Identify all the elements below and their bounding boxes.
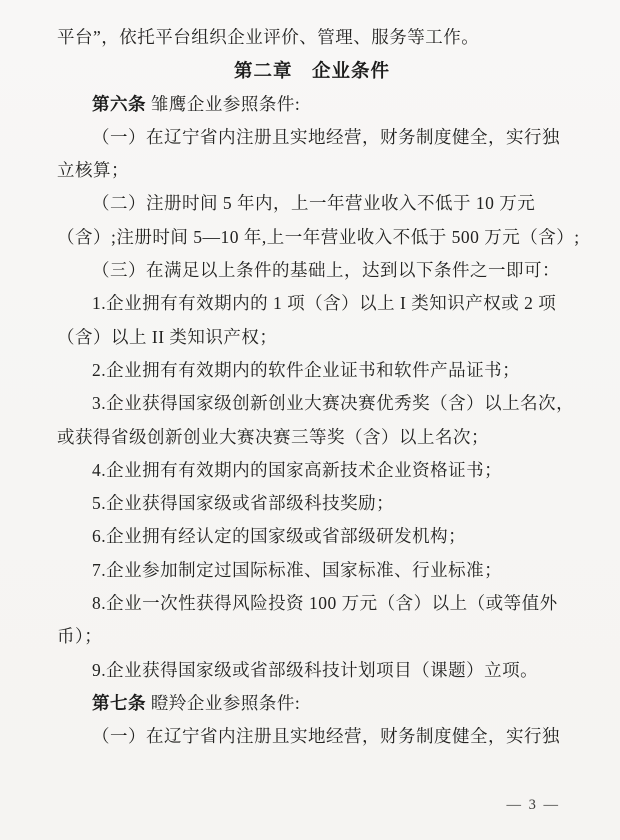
text-line: 第七条 瞪羚企业参照条件:	[57, 687, 567, 720]
text-line: （一）在辽宁省内注册且实地经营，财务制度健全，实行独	[57, 720, 567, 753]
text-line: 币）；	[57, 620, 567, 653]
text-segment: （三）在满足以上条件的基础上，达到以下条件之一即可：	[92, 260, 560, 280]
text-line: （二）注册时间 5 年内，上一年营业收入不低于 10 万元	[57, 187, 567, 220]
text-segment: 第二章 企业条件	[234, 60, 390, 81]
text-segment: 3.企业获得国家级创新创业大赛决赛优秀奖（含）以上名次，	[92, 393, 574, 413]
text-line: 或获得省级创新创业大赛决赛三等奖（含）以上名次；	[57, 421, 567, 454]
text-segment: 8.企业一次性获得风险投资 100 万元（含）以上（或等值外	[92, 593, 558, 613]
text-line: （含）以上 II 类知识产权；	[57, 321, 567, 354]
text-segment: 9.企业获得国家级或省部级科技计划项目（课题）立项。	[92, 660, 538, 680]
text-line: 平台”，依托平台组织企业评价、管理、服务等工作。	[57, 21, 567, 54]
text-segment: 1.企业拥有有效期内的 1 项（含）以上 I 类知识产权或 2 项	[92, 293, 556, 313]
text-segment: （含）;注册时间 5—10 年,上一年营业收入不低于 500 万元（含）;	[57, 227, 580, 247]
text-segment: 雏鹰企业参照条件:	[146, 94, 300, 114]
text-line: （一）在辽宁省内注册且实地经营，财务制度健全，实行独	[57, 121, 567, 154]
chapter-heading: 第二章 企业条件	[57, 54, 567, 87]
text-segment: 第七条	[92, 693, 146, 713]
text-segment: （一）在辽宁省内注册且实地经营，财务制度健全，实行独	[92, 127, 560, 147]
text-segment: 瞪羚企业参照条件:	[146, 693, 300, 713]
text-line: 3.企业获得国家级创新创业大赛决赛优秀奖（含）以上名次，	[57, 387, 567, 420]
text-line: 8.企业一次性获得风险投资 100 万元（含）以上（或等值外	[57, 587, 567, 620]
text-segment: 7.企业参加制定过国际标准、国家标准、行业标准；	[92, 560, 502, 580]
text-line: 2.企业拥有有效期内的软件企业证书和软件产品证书；	[57, 354, 567, 387]
text-segment: （含）以上 II 类知识产权；	[57, 327, 277, 347]
text-segment: 平台”，依托平台组织企业评价、管理、服务等工作。	[57, 27, 479, 47]
text-segment: （二）注册时间 5 年内，上一年营业收入不低于 10 万元	[92, 193, 535, 213]
text-segment: 4.企业拥有有效期内的国家高新技术企业资格证书；	[92, 460, 502, 480]
text-segment: 第六条	[92, 94, 146, 114]
text-line: （含）;注册时间 5—10 年,上一年营业收入不低于 500 万元（含）;	[57, 221, 567, 254]
text-segment: 2.企业拥有有效期内的软件企业证书和软件产品证书；	[92, 360, 520, 380]
text-line: 4.企业拥有有效期内的国家高新技术企业资格证书；	[57, 454, 567, 487]
text-segment: 或获得省级创新创业大赛决赛三等奖（含）以上名次；	[57, 427, 489, 447]
text-segment: 立核算；	[57, 160, 129, 180]
document-content: 平台”，依托平台组织企业评价、管理、服务等工作。第二章 企业条件第六条 雏鹰企业…	[57, 21, 567, 754]
text-line: 立核算；	[57, 154, 567, 187]
document-page: 平台”，依托平台组织企业评价、管理、服务等工作。第二章 企业条件第六条 雏鹰企业…	[0, 0, 620, 840]
page-number: — 3 —	[507, 797, 561, 814]
text-line: 6.企业拥有经认定的国家级或省部级研发机构；	[57, 520, 567, 553]
text-segment: 6.企业拥有经认定的国家级或省部级研发机构；	[92, 526, 466, 546]
text-line: （三）在满足以上条件的基础上，达到以下条件之一即可：	[57, 254, 567, 287]
text-line: 1.企业拥有有效期内的 1 项（含）以上 I 类知识产权或 2 项	[57, 287, 567, 320]
text-line: 第六条 雏鹰企业参照条件:	[57, 88, 567, 121]
text-line: 7.企业参加制定过国际标准、国家标准、行业标准；	[57, 554, 567, 587]
text-segment: 币）；	[57, 626, 102, 646]
text-line: 9.企业获得国家级或省部级科技计划项目（课题）立项。	[57, 654, 567, 687]
text-line: 5.企业获得国家级或省部级科技奖励；	[57, 487, 567, 520]
text-segment: （一）在辽宁省内注册且实地经营，财务制度健全，实行独	[92, 726, 560, 746]
text-segment: 5.企业获得国家级或省部级科技奖励；	[92, 493, 394, 513]
